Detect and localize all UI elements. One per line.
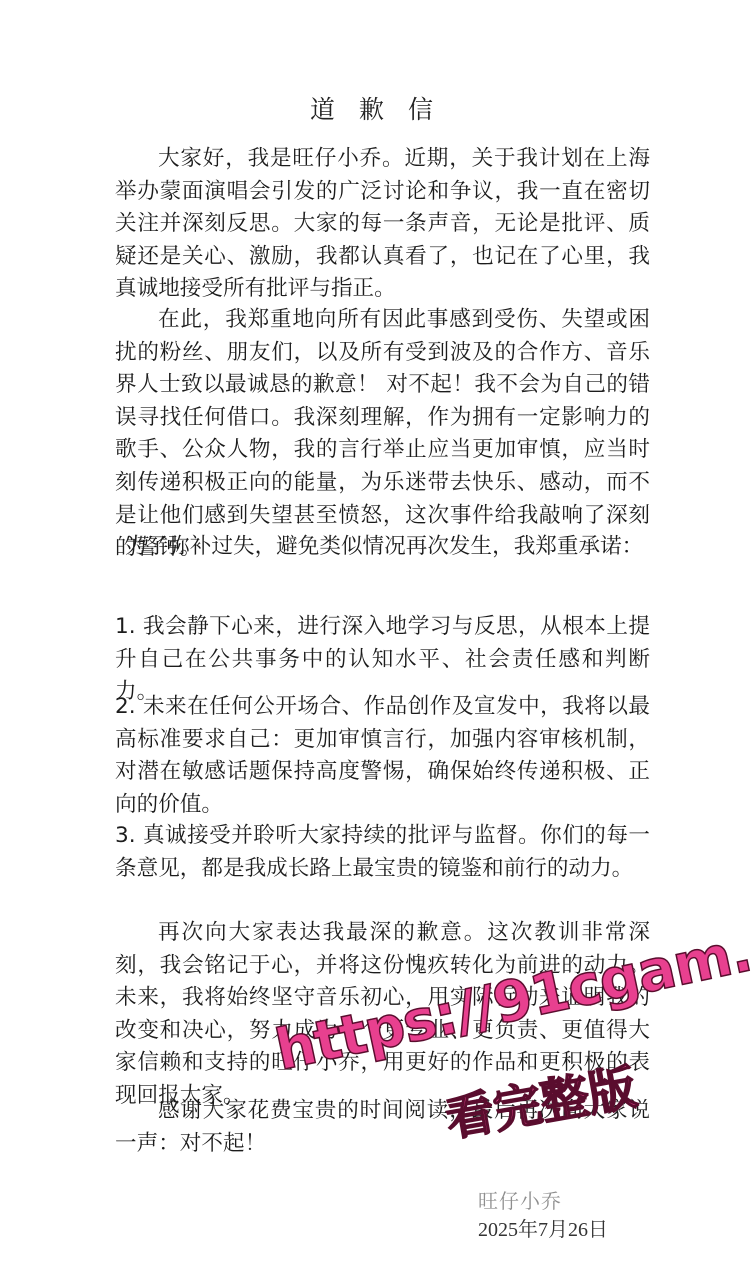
signature-date: 2025年7月26日: [478, 1213, 608, 1242]
commitment-item-3: 3. 真诚接受并聆听大家持续的批评与监督。你们的每一条意见，都是我成长路上最宝贵…: [115, 820, 650, 885]
paragraph-greeting: 大家好，我是旺仔小乔。近期，关于我计划在上海举办蒙面演唱会引发的广泛讨论和争议，…: [115, 143, 650, 306]
paragraph-apology: 在此，我郑重地向所有因此事感到受伤、失望或困扰的粉丝、朋友们，以及所有受到波及的…: [115, 304, 650, 565]
signature-name: 旺仔小乔: [478, 1185, 562, 1214]
paragraph-commitment-intro: 为了弥补过失，避免类似情况再次发生，我郑重承诺：: [115, 531, 650, 564]
commitment-item-2: 2. 未来在任何公开场合、作品创作及宣发中，我将以最高标准要求自己：更加审慎言行…: [115, 691, 650, 821]
apology-letter: 道 歉 信 大家好，我是旺仔小乔。近期，关于我计划在上海举办蒙面演唱会引发的广泛…: [0, 0, 751, 1280]
letter-title: 道 歉 信: [0, 90, 751, 126]
